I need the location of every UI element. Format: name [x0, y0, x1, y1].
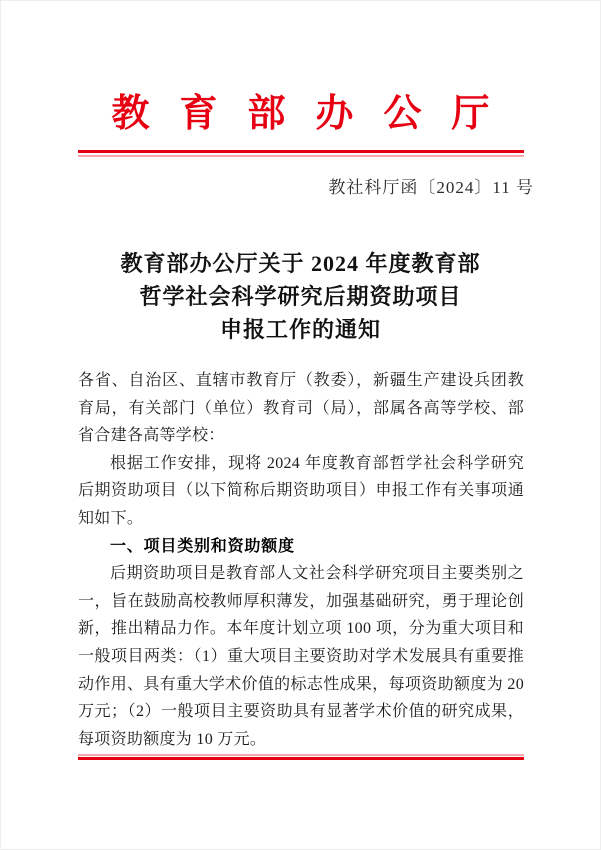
section-1-paragraph: 后期资助项目是教育部人文社会科学研究项目主要类别之一，旨在鼓励高校教师厚积薄发，…	[78, 560, 524, 753]
letterhead: 教育部办公厅	[1, 94, 600, 142]
document-title: 教育部办公厅关于 2024 年度教育部 哲学社会科学研究后期资助项目 申报工作的…	[1, 247, 600, 346]
letterhead-divider	[78, 150, 524, 157]
divider-thin-line	[78, 754, 524, 756]
intro-paragraph: 根据工作安排，现将 2024 年度教育部哲学社会科学研究后期资助项目（以下简称后…	[78, 450, 524, 533]
section-1-heading: 一、项目类别和资助额度	[78, 533, 524, 561]
title-line-3: 申报工作的通知	[1, 313, 600, 346]
footer-divider	[78, 754, 524, 760]
divider-thick-line	[78, 150, 524, 153]
document-page: 教育部办公厅 教社科厅函〔2024〕11 号 教育部办公厅关于 2024 年度教…	[0, 0, 601, 850]
document-body: 各省、自治区、直辖市教育厅（教委），新疆生产建设兵团教育局，有关部门（单位）教育…	[78, 367, 524, 753]
divider-thin-line	[78, 155, 524, 157]
title-line-2: 哲学社会科学研究后期资助项目	[1, 280, 600, 313]
divider-thick-line	[78, 757, 524, 760]
addressees-paragraph: 各省、自治区、直辖市教育厅（教委），新疆生产建设兵团教育局，有关部门（单位）教育…	[78, 367, 524, 450]
agency-name: 教育部办公厅	[111, 93, 519, 135]
document-number: 教社科厅函〔2024〕11 号	[78, 173, 534, 198]
title-line-1: 教育部办公厅关于 2024 年度教育部	[1, 247, 600, 280]
